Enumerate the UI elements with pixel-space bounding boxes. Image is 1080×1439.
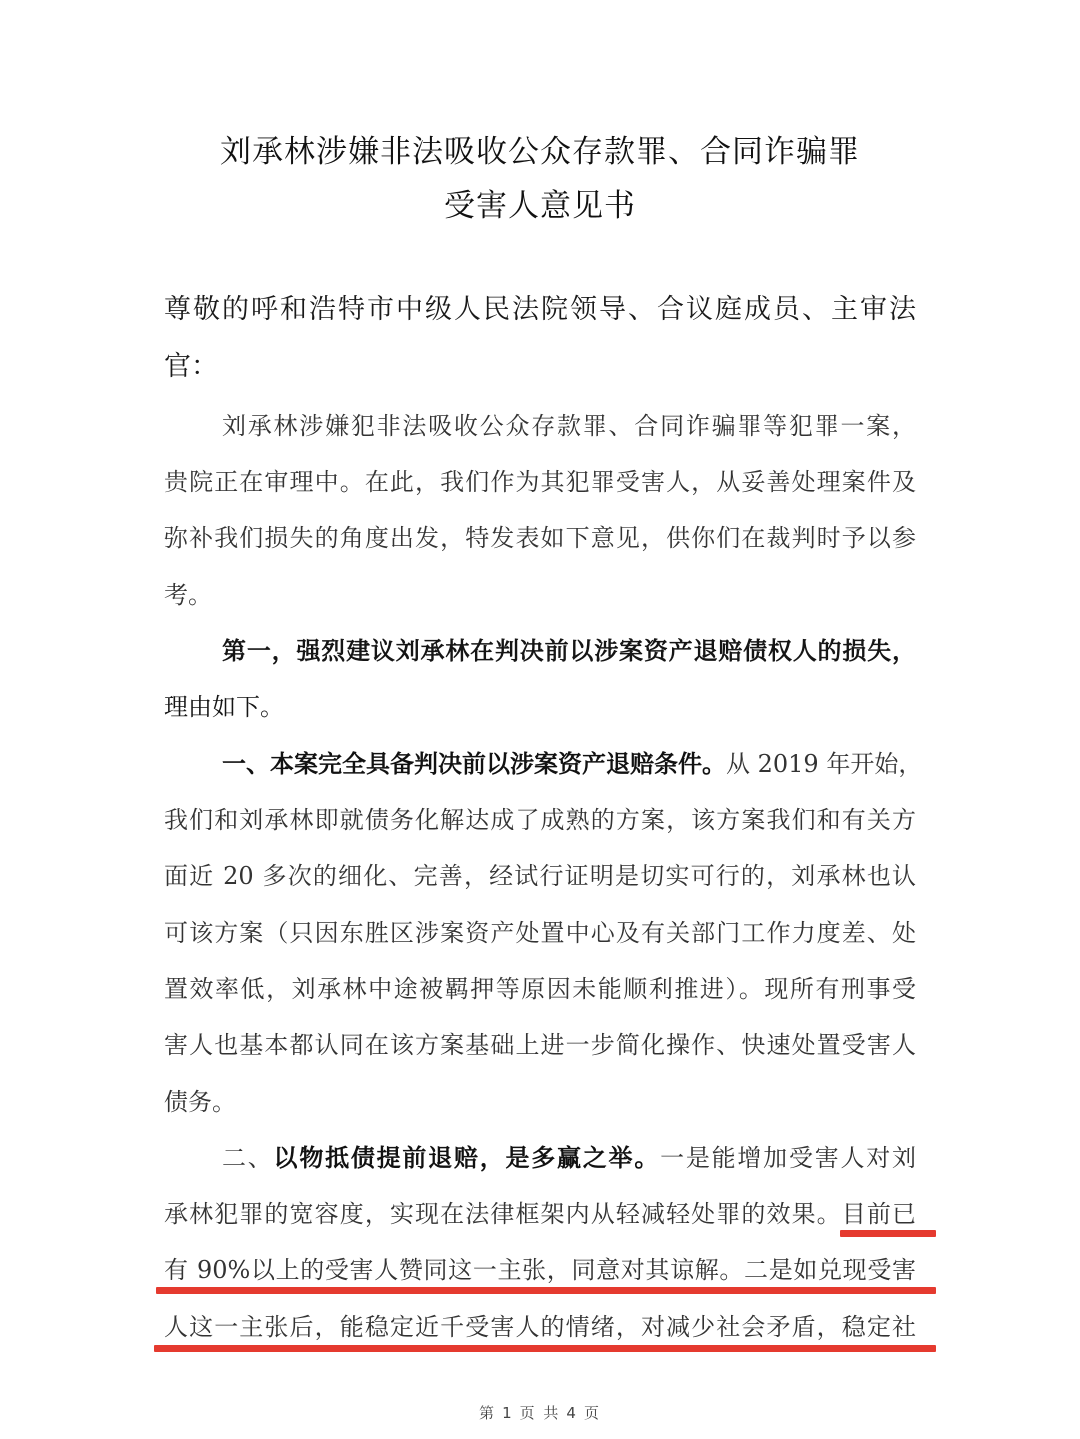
document-title-line-1: 刘承林涉嫌非法吸收公众存款罪、合同诈骗罪: [0, 126, 1080, 171]
point-2-bold-lead: 以物抵债提前退赔，是多赢之举。: [274, 1144, 661, 1172]
point-1-line-1: 一、本案完全具备判决前以涉案资产退赔条件。从 2019 年开始，: [222, 747, 916, 781]
salutation-line-2: 官：: [164, 350, 916, 384]
point-2-line-1-rest: 一是能增加受害人对刘: [660, 1144, 916, 1172]
intro-line-2: 贵院正在审理中。在此，我们作为其犯罪受害人，从妥善处理案件及: [164, 465, 916, 499]
section-1-heading-line-2: 理由如下。: [164, 690, 916, 724]
footer-prefix: 第: [479, 1404, 496, 1422]
footer-current-page: 1: [502, 1404, 514, 1422]
red-underline-2: [156, 1287, 936, 1294]
point-1-bold-lead: 一、本案完全具备判决前以涉案资产退赔条件。: [222, 750, 726, 778]
document-title-line-2: 受害人意见书: [0, 180, 1080, 225]
point-1-line-2: 我们和刘承林即就债务化解达成了成熟的方案，该方案我们和有关方: [164, 803, 916, 837]
point-1-line-4: 可该方案（只因东胜区涉案资产处置中心及有关部门工作力度差、处: [164, 916, 916, 950]
point-2-line-3: 有 90%以上的受害人赞同这一主张，同意对其谅解。二是如兑现受害: [164, 1253, 916, 1287]
page-footer: 第1页 共4页: [0, 1402, 1080, 1423]
salutation-line-1: 尊敬的呼和浩特市中级人民法院领导、合议庭成员、主审法: [164, 293, 916, 327]
point-1-line-1-rest: 从 2019 年开始，: [726, 750, 922, 778]
point-2-line-1: 二、以物抵债提前退赔，是多赢之举。一是能增加受害人对刘: [222, 1141, 916, 1175]
red-underline-1: [840, 1230, 936, 1237]
footer-middle: 页 共: [520, 1404, 561, 1422]
footer-total-pages: 4: [566, 1404, 578, 1422]
point-2-line-4: 人这一主张后，能稳定近千受害人的情绪，对减少社会矛盾，稳定社: [164, 1310, 916, 1344]
footer-suffix: 页: [584, 1404, 601, 1422]
point-2-number: 二、: [222, 1144, 274, 1172]
section-1-heading-line-1: 第一，强烈建议刘承林在判决前以涉案资产退赔债权人的损失，: [222, 634, 916, 668]
intro-line-1: 刘承林涉嫌犯非法吸收公众存款罪、合同诈骗罪等犯罪一案，: [222, 409, 916, 443]
red-underline-3: [154, 1345, 936, 1352]
point-2-line-2: 承林犯罪的宽容度，实现在法律框架内从轻减轻处罪的效果。目前已: [164, 1197, 916, 1231]
intro-line-4: 考。: [164, 578, 916, 612]
point-1-line-6: 害人也基本都认同在该方案基础上进一步简化操作、快速处置受害人: [164, 1028, 916, 1062]
point-1-line-7: 债务。: [164, 1085, 916, 1119]
point-1-line-5: 置效率低，刘承林中途被羁押等原因未能顺利推进）。现所有刑事受: [164, 972, 916, 1006]
intro-line-3: 弥补我们损失的角度出发，特发表如下意见，供你们在裁判时予以参: [164, 521, 916, 555]
point-1-line-3: 面近 20 多次的细化、完善，经试行证明是切实可行的，刘承林也认: [164, 859, 916, 893]
